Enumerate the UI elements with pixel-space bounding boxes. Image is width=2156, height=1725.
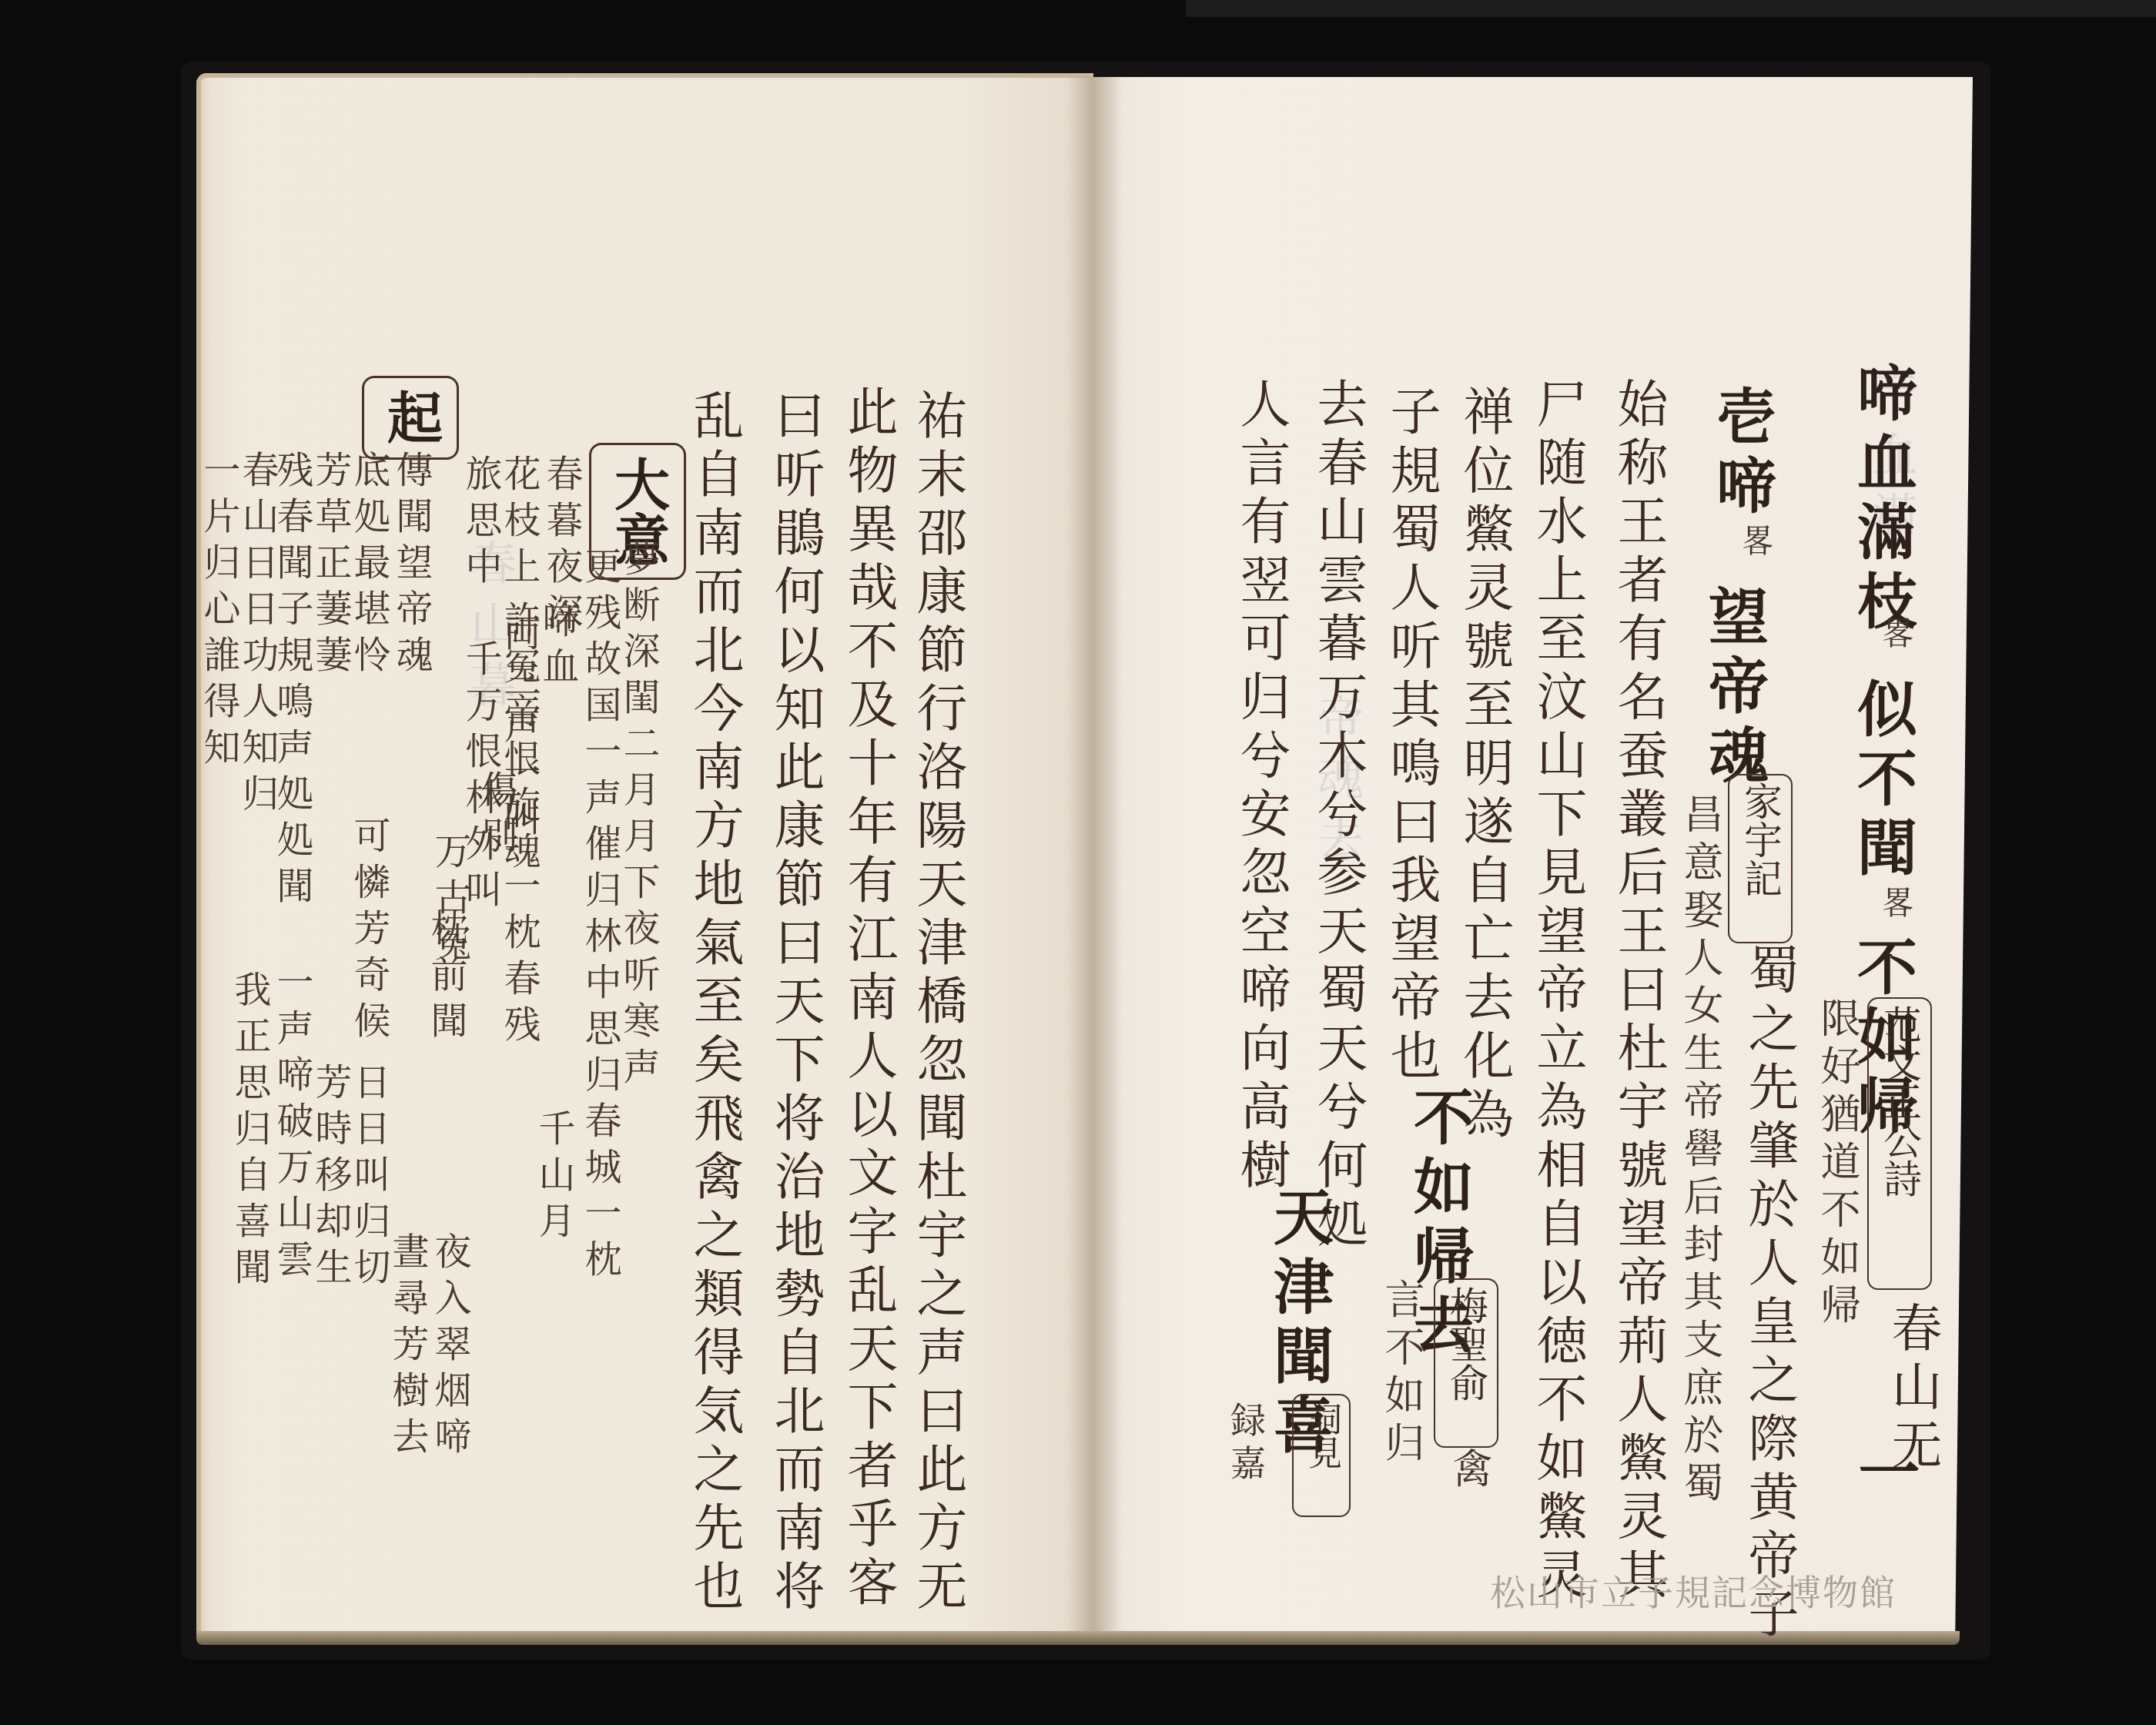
poem-column: 我正思归自喜聞 <box>223 970 276 1294</box>
source-box-kaji-ki: 家宇記 <box>1728 774 1793 943</box>
column-text: 蜀之先肇於人皇之際黄帝子 <box>1732 943 1806 1646</box>
museum-watermark: 松山市立子規記念博物館 <box>1490 1565 1897 1616</box>
source-box-ciken: 詞見 <box>1292 1394 1351 1517</box>
column-text: 人言有翌可归兮安忽空啼向高樹 <box>1224 377 1297 1197</box>
commentary-column: 乱自南而北今南方地氣至矣飛禽之類得気之先也 <box>678 389 751 1618</box>
column-text: 去春山雲暮万木兮参天蜀天兮何処 <box>1301 377 1374 1255</box>
section-number: 一 <box>1840 1440 1929 1502</box>
column-text: 禅位鱉灵號至明遂自亡去化為 <box>1448 385 1521 1146</box>
poem-column: 千山月 <box>527 1109 581 1248</box>
gloss-text: 限好猶道不如帰 <box>1808 997 1866 1331</box>
label-ki: 起 <box>362 376 459 460</box>
poem-column: 旅思中 <box>454 454 507 593</box>
poem-column: 枕前聞 <box>420 909 473 1047</box>
book-gutter <box>1066 77 1120 1636</box>
source-box-mei-shengyu: 梅聖俞 <box>1434 1278 1498 1448</box>
commentary-column: 曰听鵑何以知此康節曰天下将治地勢自北而南将 <box>758 389 832 1618</box>
title-line-head: 壱啼 <box>1698 385 1784 524</box>
poem-column: 可憐芳奇候 <box>343 816 396 1047</box>
note-ryaku: 畧 <box>1732 524 1779 564</box>
title-line-head: 啼血滿枝 <box>1839 362 1925 639</box>
book-bottom-edge <box>196 1631 1960 1645</box>
source-box-fan-wenzheng: 范文正公詩 <box>1867 997 1932 1290</box>
column-text: 始称王者有名蚕叢后王曰杜宇號望帝荊人鱉灵其 <box>1602 377 1675 1606</box>
commentary-column: 祐末邵康節行洛陽天津橋忽聞杜宇之声曰此方无 <box>901 389 974 1618</box>
title-line-mid: 似不聞 <box>1839 678 1925 886</box>
title-line-mid: 望帝魂 <box>1690 585 1776 793</box>
note-ryaku: 畧 <box>1873 616 1919 656</box>
source-box-roku-ka: 録嘉 <box>1220 1402 1271 1488</box>
background-object-strip <box>1186 0 2156 17</box>
source-continuation: 禽 <box>1440 1448 1498 1496</box>
column-text: 尸随水上至汶山下見望帝立為相自以徳不如鱉灵 <box>1521 377 1594 1606</box>
note-ryaku: 畧 <box>1873 886 1919 926</box>
poem-column: 一片归心誰得知 <box>192 451 246 774</box>
gloss-text: 言不如归 <box>1372 1278 1430 1469</box>
gloss-text: 昌意娶人女生帝嚳后封其支庶於蜀 <box>1671 793 1729 1509</box>
column-text: 子規蜀人听其鳴曰我望帝也 <box>1374 385 1448 1087</box>
commentary-column: 此物異哉不及十年有江南人以文字乱天下者乎客 <box>832 385 905 1614</box>
